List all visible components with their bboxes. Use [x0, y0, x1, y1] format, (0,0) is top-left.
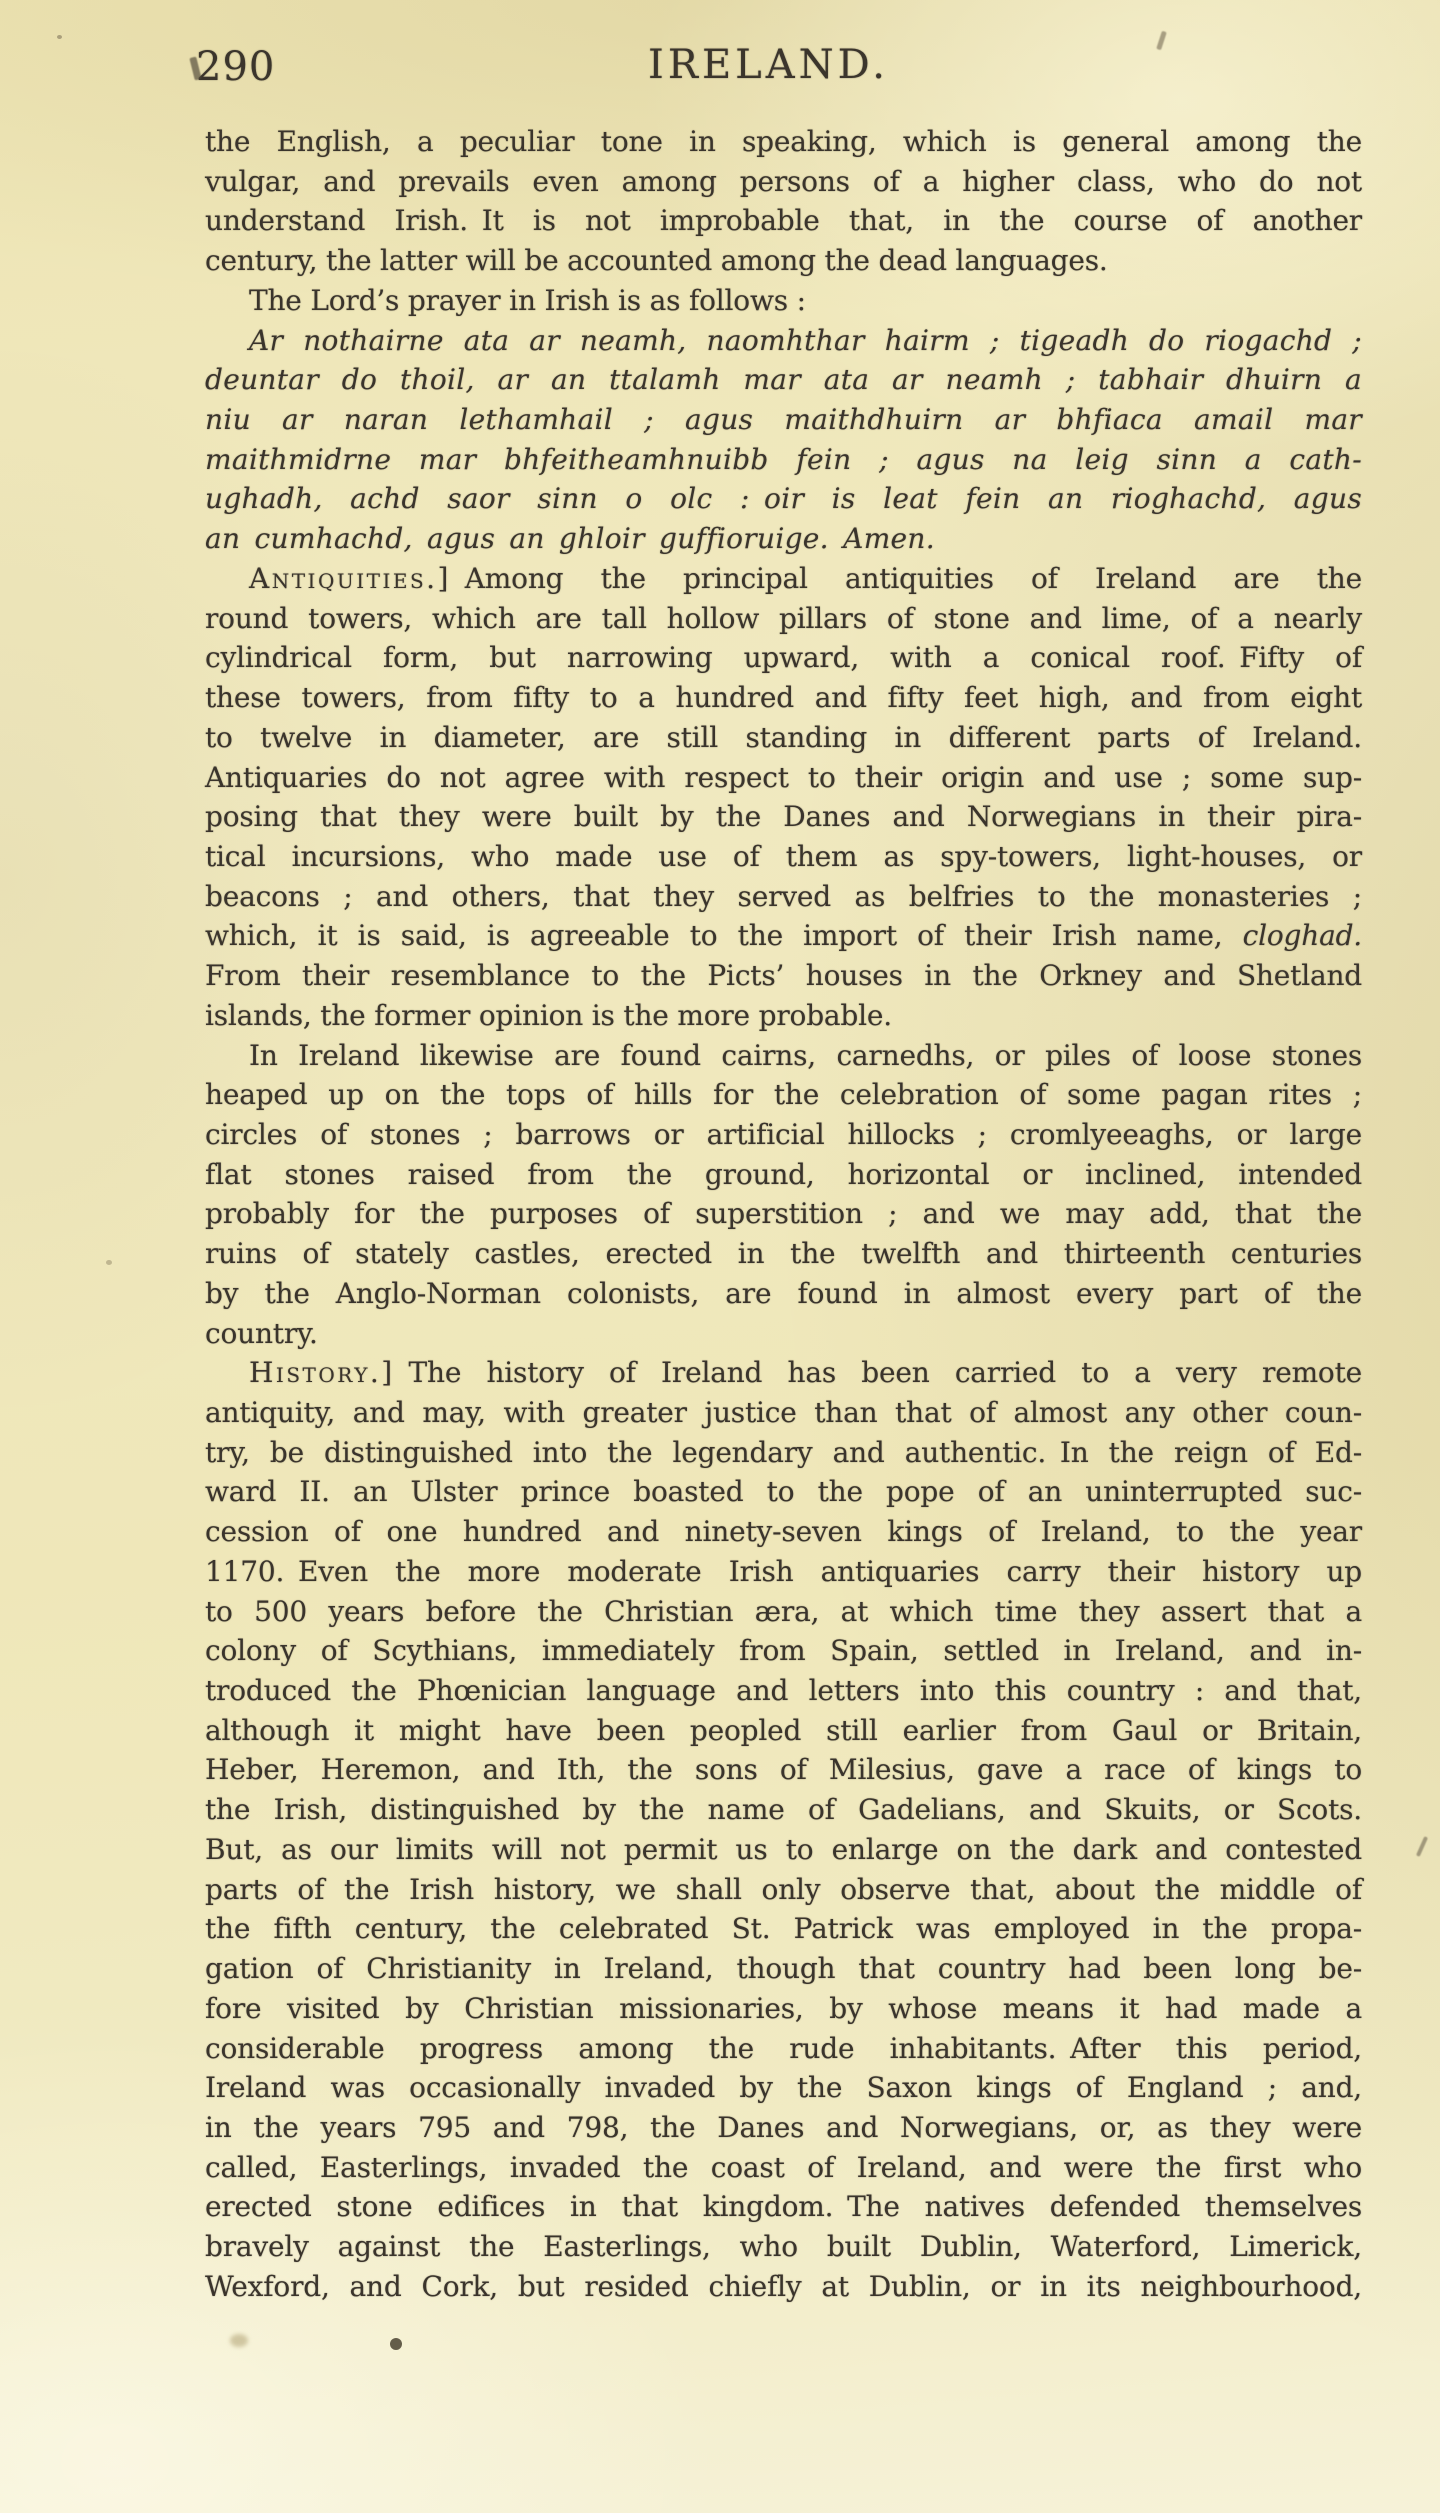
- text-segment: troduced the Phœnician language and lett…: [205, 1674, 1362, 1707]
- text-segment: But, as our limits will not permit us to…: [205, 1833, 1362, 1866]
- text-line: in the years 795 and 798, the Danes and …: [205, 2108, 1362, 2148]
- text-segment: country.: [205, 1317, 318, 1350]
- text-segment: 1170. Even the more moderate Irish antiq…: [205, 1555, 1362, 1588]
- text-segment: called, Easterlings, invaded the coast o…: [205, 2151, 1362, 2184]
- section-heading: History.]: [249, 1356, 395, 1389]
- book-page: 290 IRELAND. the English, a peculiar ton…: [0, 0, 1440, 2513]
- text-line: gation of Christianity in Ireland, thoug…: [205, 1949, 1362, 1989]
- text-line: ward II. an Ulster prince boasted to the…: [205, 1472, 1362, 1512]
- text-line: deuntar do thoil, ar an ttalamh mar ata …: [205, 360, 1362, 400]
- text-segment: erected stone edifices in that kingdom. …: [205, 2190, 1362, 2223]
- text-line: parts of the Irish history, we shall onl…: [205, 1870, 1362, 1910]
- text-line: beacons ; and others, that they served a…: [205, 877, 1362, 917]
- text-segment: the fifth century, the celebrated St. Pa…: [205, 1912, 1362, 1945]
- text-line: called, Easterlings, invaded the coast o…: [205, 2148, 1362, 2188]
- text-segment: gation of Christianity in Ireland, thoug…: [205, 1952, 1362, 1985]
- text-line: considerable progress among the rude inh…: [205, 2029, 1362, 2069]
- text-segment: The history of Ireland has been carried …: [395, 1356, 1362, 1389]
- text-line: circles of stones ; barrows or artificia…: [205, 1115, 1362, 1155]
- text-line: the Irish, distinguished by the name of …: [205, 1790, 1362, 1830]
- text-segment: The Lord’s prayer in Irish is as follows…: [249, 284, 806, 317]
- text-line: which, it is said, is agreeable to the i…: [205, 916, 1362, 956]
- text-line: cylindrical form, but narrowing upward, …: [205, 638, 1362, 678]
- text-segment: to twelve in diameter, are still standin…: [205, 721, 1362, 754]
- text-segment: considerable progress among the rude inh…: [205, 2032, 1362, 2065]
- text-line: But, as our limits will not permit us to…: [205, 1830, 1362, 1870]
- text-segment: ughadh, achd saor sinn o olc : oir is le…: [205, 482, 1362, 515]
- text-line: vulgar, and prevails even among persons …: [205, 162, 1362, 202]
- text-segment: Antiquaries do not agree with respect to…: [205, 761, 1362, 794]
- text-segment: cession of one hundred and ninety-seven …: [205, 1515, 1362, 1548]
- text-line: antiquity, and may, with greater justice…: [205, 1393, 1362, 1433]
- text-line: understand Irish. It is not improbable t…: [205, 201, 1362, 241]
- text-segment: tical incursions, who made use of them a…: [205, 840, 1362, 873]
- text-line: the fifth century, the celebrated St. Pa…: [205, 1909, 1362, 1949]
- text-segment: islands, the former opinion is the more …: [205, 999, 892, 1032]
- text-line: colony of Scythians, immediately from Sp…: [205, 1631, 1362, 1671]
- text-segment: In Ireland likewise are found cairns, ca…: [249, 1039, 1362, 1072]
- text-segment: the English, a peculiar tone in speaking…: [205, 125, 1362, 158]
- text-segment: niu ar naran lethamhail ; agus maithdhui…: [205, 403, 1362, 436]
- text-line: Ar nothairne ata ar neamh, naomhthar hai…: [205, 321, 1362, 361]
- text-segment: deuntar do thoil, ar an ttalamh mar ata …: [205, 363, 1362, 396]
- text-segment: circles of stones ; barrows or artificia…: [205, 1118, 1362, 1151]
- text-segment: by the Anglo-Norman colonists, are found…: [205, 1277, 1362, 1310]
- text-segment: Ar nothairne ata ar neamh, naomhthar hai…: [249, 324, 1362, 357]
- text-segment: Ireland was occasionally invaded by the …: [205, 2071, 1362, 2104]
- text-line: probably for the purposes of superstitio…: [205, 1194, 1362, 1234]
- text-line: bravely against the Easterlings, who bui…: [205, 2227, 1362, 2267]
- text-line: fore visited by Christian missionaries, …: [205, 1989, 1362, 2029]
- ink-dot-mark: [390, 2338, 402, 2350]
- text-segment: vulgar, and prevails even among persons …: [205, 165, 1362, 198]
- text-segment: ward II. an Ulster prince boasted to the…: [205, 1475, 1362, 1508]
- pen-slash-right-margin: [1416, 1836, 1428, 1857]
- text-line: although it might have been peopled stil…: [205, 1711, 1362, 1751]
- text-line: cession of one hundred and ninety-seven …: [205, 1512, 1362, 1552]
- text-segment: round towers, which are tall hollow pill…: [205, 602, 1362, 635]
- text-segment: flat stones raised from the ground, hori…: [205, 1158, 1362, 1191]
- text-segment: cylindrical form, but narrowing upward, …: [205, 641, 1362, 674]
- section-heading: Antiquities.]: [249, 562, 451, 595]
- text-line: History.] The history of Ireland has bee…: [205, 1353, 1362, 1393]
- text-line: posing that they were built by the Danes…: [205, 797, 1362, 837]
- text-segment: antiquity, and may, with greater justice…: [205, 1396, 1362, 1429]
- text-line: these towers, from fifty to a hundred an…: [205, 678, 1362, 718]
- text-segment: heaped up on the tops of hills for the c…: [205, 1078, 1362, 1111]
- text-line: troduced the Phœnician language and lett…: [205, 1671, 1362, 1711]
- text-line: round towers, which are tall hollow pill…: [205, 599, 1362, 639]
- text-line: to twelve in diameter, are still standin…: [205, 718, 1362, 758]
- text-segment: colony of Scythians, immediately from Sp…: [205, 1634, 1362, 1667]
- running-head: IRELAND.: [190, 42, 1347, 88]
- text-line: From their resemblance to the Picts’ hou…: [205, 956, 1362, 996]
- text-line: Wexford, and Cork, but resided chiefly a…: [205, 2267, 1362, 2307]
- text-line: by the Anglo-Norman colonists, are found…: [205, 1274, 1362, 1314]
- text-segment: in the years 795 and 798, the Danes and …: [205, 2111, 1362, 2144]
- text-segment: try, be distinguished into the legendary…: [205, 1436, 1362, 1469]
- text-segment: ruins of stately castles, erected in the…: [205, 1237, 1362, 1270]
- text-line: try, be distinguished into the legendary…: [205, 1433, 1362, 1473]
- text-line: erected stone edifices in that kingdom. …: [205, 2187, 1362, 2227]
- text-line: Antiquities.] Among the principal antiqu…: [205, 559, 1362, 599]
- text-segment: maithmidrne mar bhfeitheamhnuibb fein ; …: [205, 443, 1362, 476]
- text-line: Ireland was occasionally invaded by the …: [205, 2068, 1362, 2108]
- text-segment: Heber, Heremon, and Ith, the sons of Mil…: [205, 1753, 1362, 1786]
- text-line: ughadh, achd saor sinn o olc : oir is le…: [205, 479, 1362, 519]
- paper-speck: [106, 1260, 112, 1265]
- text-segment: understand Irish. It is not improbable t…: [205, 204, 1362, 237]
- text-segment: these towers, from fifty to a hundred an…: [205, 681, 1362, 714]
- text-segment: beacons ; and others, that they served a…: [205, 880, 1362, 913]
- smudge-mark: [230, 2334, 248, 2347]
- text-segment: probably for the purposes of superstitio…: [205, 1197, 1362, 1230]
- text-segment: the Irish, distinguished by the name of …: [205, 1793, 1362, 1826]
- text-line: Heber, Heremon, and Ith, the sons of Mil…: [205, 1750, 1362, 1790]
- text-segment: posing that they were built by the Danes…: [205, 800, 1362, 833]
- text-segment: to 500 years before the Christian æra, a…: [205, 1595, 1362, 1628]
- text-segment: cloghad.: [1243, 919, 1362, 952]
- text-segment: although it might have been peopled stil…: [205, 1714, 1362, 1747]
- text-line: The Lord’s prayer in Irish is as follows…: [205, 281, 1362, 321]
- text-line: heaped up on the tops of hills for the c…: [205, 1075, 1362, 1115]
- text-segment: parts of the Irish history, we shall onl…: [205, 1873, 1362, 1906]
- text-line: In Ireland likewise are found cairns, ca…: [205, 1036, 1362, 1076]
- text-line: tical incursions, who made use of them a…: [205, 837, 1362, 877]
- text-segment: century, the latter will be accounted am…: [205, 244, 1108, 277]
- text-segment: bravely against the Easterlings, who bui…: [205, 2230, 1362, 2263]
- text-line: niu ar naran lethamhail ; agus maithdhui…: [205, 400, 1362, 440]
- text-line: Antiquaries do not agree with respect to…: [205, 758, 1362, 798]
- text-segment: fore visited by Christian missionaries, …: [205, 1992, 1362, 2025]
- text-segment: From their resemblance to the Picts’ hou…: [205, 959, 1362, 992]
- text-line: 1170. Even the more moderate Irish antiq…: [205, 1552, 1362, 1592]
- text-block: the English, a peculiar tone in speaking…: [205, 122, 1362, 2307]
- text-line: maithmidrne mar bhfeitheamhnuibb fein ; …: [205, 440, 1362, 480]
- text-line: flat stones raised from the ground, hori…: [205, 1155, 1362, 1195]
- text-line: ruins of stately castles, erected in the…: [205, 1234, 1362, 1274]
- paper-speck: [57, 35, 62, 39]
- text-line: the English, a peculiar tone in speaking…: [205, 122, 1362, 162]
- text-segment: which, it is said, is agreeable to the i…: [205, 919, 1243, 952]
- text-segment: Wexford, and Cork, but resided chiefly a…: [205, 2270, 1362, 2303]
- text-line: to 500 years before the Christian æra, a…: [205, 1592, 1362, 1632]
- text-segment: an cumhachd, agus an ghloir guffioruige.…: [205, 522, 935, 555]
- text-segment: Among the principal antiquities of Irela…: [451, 562, 1362, 595]
